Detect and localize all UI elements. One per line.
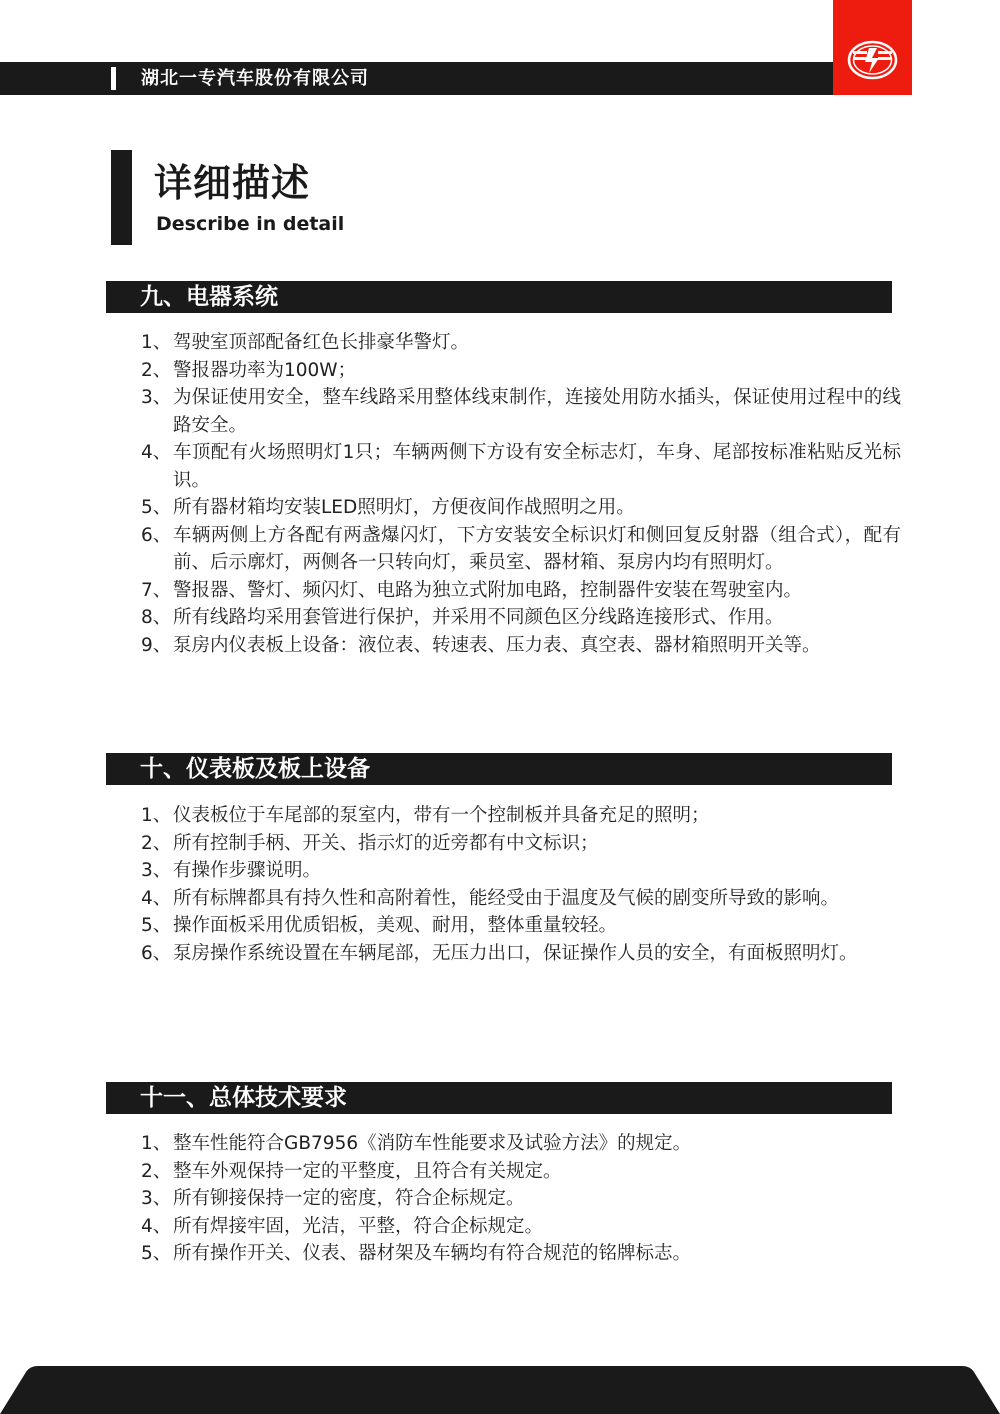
- title-accent-bar: [111, 150, 132, 245]
- list-item: 7、警报器、警灯、频闪灯、电路为独立式附加电路，控制器件安装在驾驶室内。: [141, 577, 901, 605]
- list-item: 1、仪表板位于车尾部的泵室内，带有一个控制板并具备充足的照明；: [141, 802, 901, 830]
- list-item: 4、车顶配有火场照明灯1只；车辆两侧下方设有安全标志灯，车身、尾部按标准粘贴反光…: [141, 439, 901, 494]
- list-item: 2、警报器功率为100W；: [141, 357, 901, 385]
- page-subtitle: Describe in detail: [156, 211, 344, 237]
- section-heading: 十、仪表板及板上设备: [140, 753, 370, 785]
- list-item: 9、泵房内仪表板上设备：液位表、转速表、压力表、真空表、器材箱照明开关等。: [141, 632, 901, 660]
- section-heading: 十一、总体技术要求: [140, 1082, 347, 1114]
- list-item: 6、车辆两侧上方各配有两盏爆闪灯，下方安装安全标识灯和侧回复反射器（组合式），配…: [141, 522, 901, 577]
- section-header-electrical: 九、电器系统: [106, 281, 892, 313]
- list-item: 2、所有控制手柄、开关、指示灯的近旁都有中文标识；: [141, 830, 901, 858]
- list-item: 5、所有操作开关、仪表、器材架及车辆均有符合规范的铭牌标志。: [141, 1240, 901, 1268]
- section-list-electrical: 1、驾驶室顶部配备红色长排豪华警灯。 2、警报器功率为100W； 3、为保证使用…: [141, 329, 901, 659]
- list-item: 6、泵房操作系统设置在车辆尾部，无压力出口，保证操作人员的安全，有面板照明灯。: [141, 940, 901, 968]
- list-item: 3、所有铆接保持一定的密度，符合企标规定。: [141, 1185, 901, 1213]
- list-item: 3、有操作步骤说明。: [141, 857, 901, 885]
- list-item: 1、整车性能符合GB7956《消防车性能要求及试验方法》的规定。: [141, 1130, 901, 1158]
- list-item: 1、驾驶室顶部配备红色长排豪华警灯。: [141, 329, 901, 357]
- list-item: 4、所有焊接牢固，光洁，平整，符合企标规定。: [141, 1213, 901, 1241]
- list-item: 8、所有线路均采用套管进行保护，并采用不同颜色区分线路连接形式、作用。: [141, 604, 901, 632]
- list-item: 5、操作面板采用优质铝板，美观、耐用，整体重量较轻。: [141, 912, 901, 940]
- header-bar: 湖北一专汽车股份有限公司: [0, 62, 833, 95]
- logo-block: [833, 0, 912, 95]
- company-name: 湖北一专汽车股份有限公司: [141, 62, 369, 95]
- list-item: 3、为保证使用安全，整车线路采用整体线束制作，连接处用防水插头，保证使用过程中的…: [141, 384, 901, 439]
- list-item: 5、所有器材箱均安装LED照明灯，方便夜间作战照明之用。: [141, 494, 901, 522]
- list-item: 4、所有标牌都具有持久性和高附着性，能经受由于温度及气候的剧变所导致的影响。: [141, 885, 901, 913]
- company-logo-icon: [847, 40, 898, 80]
- section-header-instrument-panel: 十、仪表板及板上设备: [106, 753, 892, 785]
- page-title: 详细描述: [154, 160, 310, 206]
- section-list-instrument-panel: 1、仪表板位于车尾部的泵室内，带有一个控制板并具备充足的照明； 2、所有控制手柄…: [141, 802, 901, 967]
- header-divider: [111, 67, 116, 90]
- section-list-technical-requirements: 1、整车性能符合GB7956《消防车性能要求及试验方法》的规定。 2、整车外观保…: [141, 1130, 901, 1268]
- section-heading: 九、电器系统: [140, 281, 278, 313]
- section-header-technical-requirements: 十一、总体技术要求: [106, 1082, 892, 1114]
- footer-band: [0, 1365, 1000, 1414]
- list-item: 2、整车外观保持一定的平整度，且符合有关规定。: [141, 1158, 901, 1186]
